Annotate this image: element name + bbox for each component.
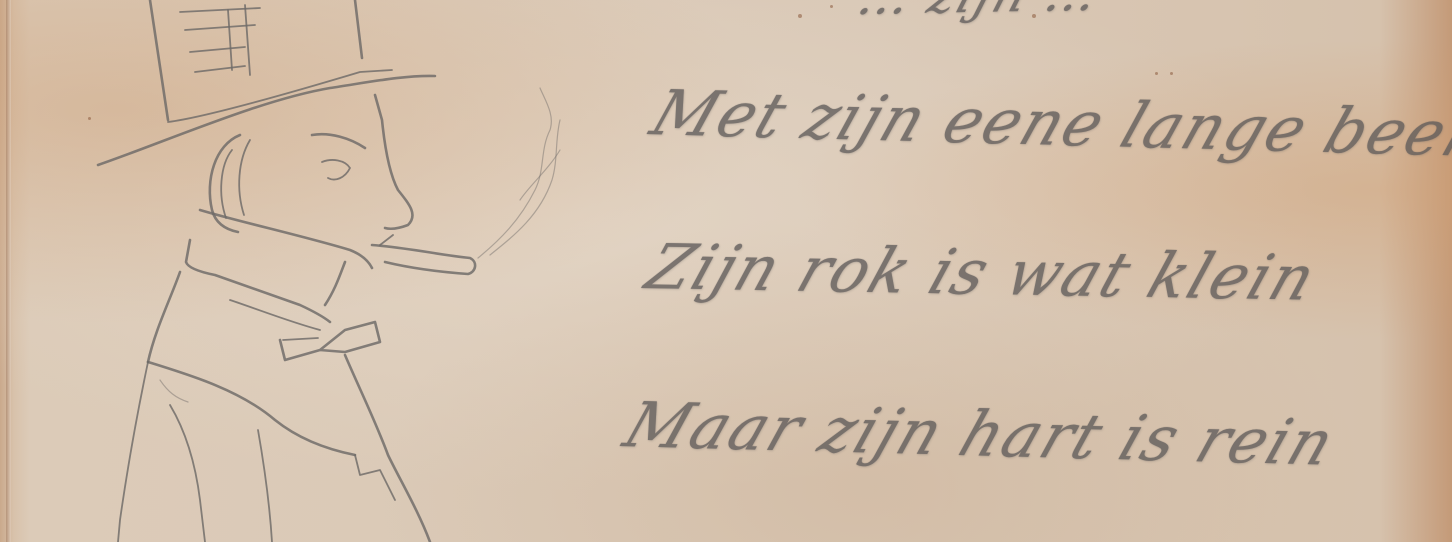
coat <box>118 272 430 542</box>
paper-sheet: … zijn … Met zijn eene lange been Zijn r… <box>0 0 1452 542</box>
verse-line-2: Zijn rok is wat klein <box>638 230 1327 315</box>
bow-tie <box>280 322 380 360</box>
collar <box>186 240 345 330</box>
verse-line-partial: … zijn … <box>851 0 1108 26</box>
cigar <box>372 88 560 274</box>
head <box>200 95 413 268</box>
